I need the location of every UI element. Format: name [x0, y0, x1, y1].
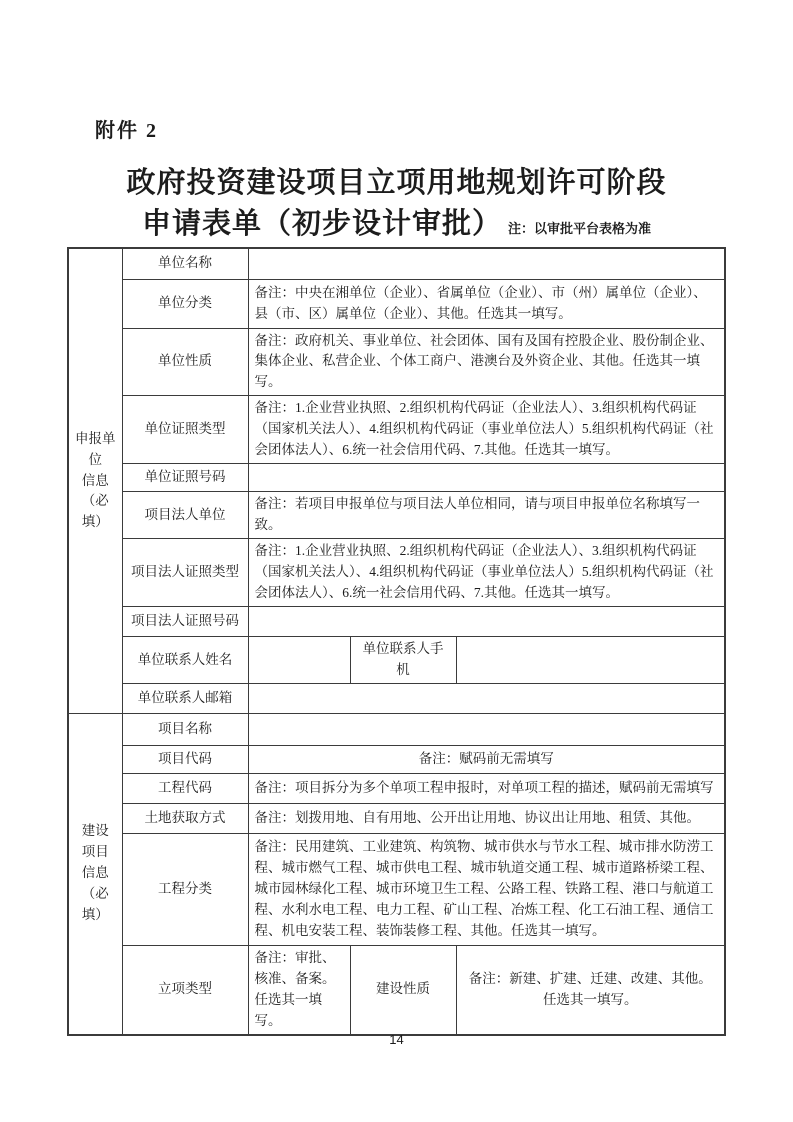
field-label-legal-cert-no: 项目法人证照号码	[122, 607, 248, 637]
page-number: 14	[0, 1032, 793, 1047]
field-label-contact-name: 单位联系人姓名	[122, 637, 248, 684]
remark-eng-code: 备注：项目拆分为多个单项工程申报时，对单项工程的描述，赋码前无需填写	[248, 773, 725, 803]
field-label-project-code: 项目代码	[122, 745, 248, 773]
field-label-legal-cert-type: 项目法人证照类型	[122, 539, 248, 607]
field-label-eng-code: 工程代码	[122, 773, 248, 803]
remark-unit-cert-type: 备注：1.企业营业执照、2.组织机构代码证（企业法人）、3.组织机构代码证（国家…	[248, 396, 725, 464]
section-label-applicant-unit-info: 申报单 位 信息 （必 填）	[68, 248, 122, 713]
document-page: 附件 2 政府投资建设项目立项用地规划许可阶段 申请表单（初步设计审批） 注：以…	[0, 0, 793, 1122]
remark-legal-cert-type: 备注：1.企业营业执照、2.组织机构代码证（企业法人）、3.组织机构代码证（国家…	[248, 539, 725, 607]
field-value-unit-cert-no	[248, 464, 725, 492]
field-value-project-name	[248, 713, 725, 745]
field-value-unit-name	[248, 248, 725, 279]
title-note: 注：以审批平台表格为准	[508, 218, 651, 242]
remark-eng-class: 备注：民用建筑、工业建筑、构筑物、城市供水与节水工程、城市排水防涝工程、城市燃气…	[248, 833, 725, 945]
attachment-label: 附件 2	[95, 114, 158, 143]
field-label-unit-cert-no: 单位证照号码	[122, 464, 248, 492]
remark-construction-nature: 备注：新建、扩建、迁建、改建、其他。任选其一填写。	[456, 945, 725, 1034]
field-label-unit-category: 单位分类	[122, 279, 248, 328]
field-label-land-mode: 土地获取方式	[122, 803, 248, 833]
field-value-contact-email	[248, 683, 725, 713]
field-value-contact-phone	[456, 637, 725, 684]
remark-unit-nature: 备注：政府机关、事业单位、社会团体、国有及国有控股企业、股份制企业、集体企业、私…	[248, 328, 725, 396]
field-label-construction-nature: 建设性质	[350, 945, 456, 1034]
field-label-legal-unit: 项目法人单位	[122, 492, 248, 539]
title-line-2: 申请表单（初步设计审批）	[142, 207, 502, 242]
remark-project-code: 备注：赋码前无需填写	[248, 745, 725, 773]
field-label-unit-cert-type: 单位证照类型	[122, 396, 248, 464]
title-line-1: 政府投资建设项目立项用地规划许可阶段	[40, 166, 753, 201]
section-label-construction-project-info: 建设 项目 信息 （必 填）	[68, 713, 122, 1034]
remark-unit-category: 备注：中央在湘单位（企业）、省属单位（企业）、市（州）属单位（企业）、县（市、区…	[248, 279, 725, 328]
field-label-project-name: 项目名称	[122, 713, 248, 745]
remark-approval-type: 备注：审批、核准、备案。任选其一填写。	[248, 945, 350, 1034]
field-label-approval-type: 立项类型	[122, 945, 248, 1034]
field-value-contact-name	[248, 637, 350, 684]
field-value-legal-cert-no	[248, 607, 725, 637]
field-label-contact-phone: 单位联系人手机	[350, 637, 456, 684]
application-form-table: 申报单 位 信息 （必 填） 单位名称 单位分类 备注：中央在湘单位（企业）、省…	[67, 247, 726, 1036]
field-label-contact-email: 单位联系人邮箱	[122, 683, 248, 713]
field-label-eng-class: 工程分类	[122, 833, 248, 945]
field-label-unit-name: 单位名称	[122, 248, 248, 279]
remark-land-mode: 备注：划拨用地、自有用地、公开出让用地、协议出让用地、租赁、其他。	[248, 803, 725, 833]
field-label-unit-nature: 单位性质	[122, 328, 248, 396]
document-title: 政府投资建设项目立项用地规划许可阶段 申请表单（初步设计审批） 注：以审批平台表…	[40, 166, 753, 242]
remark-legal-unit: 备注：若项目申报单位与项目法人单位相同，请与项目申报单位名称填写一致。	[248, 492, 725, 539]
